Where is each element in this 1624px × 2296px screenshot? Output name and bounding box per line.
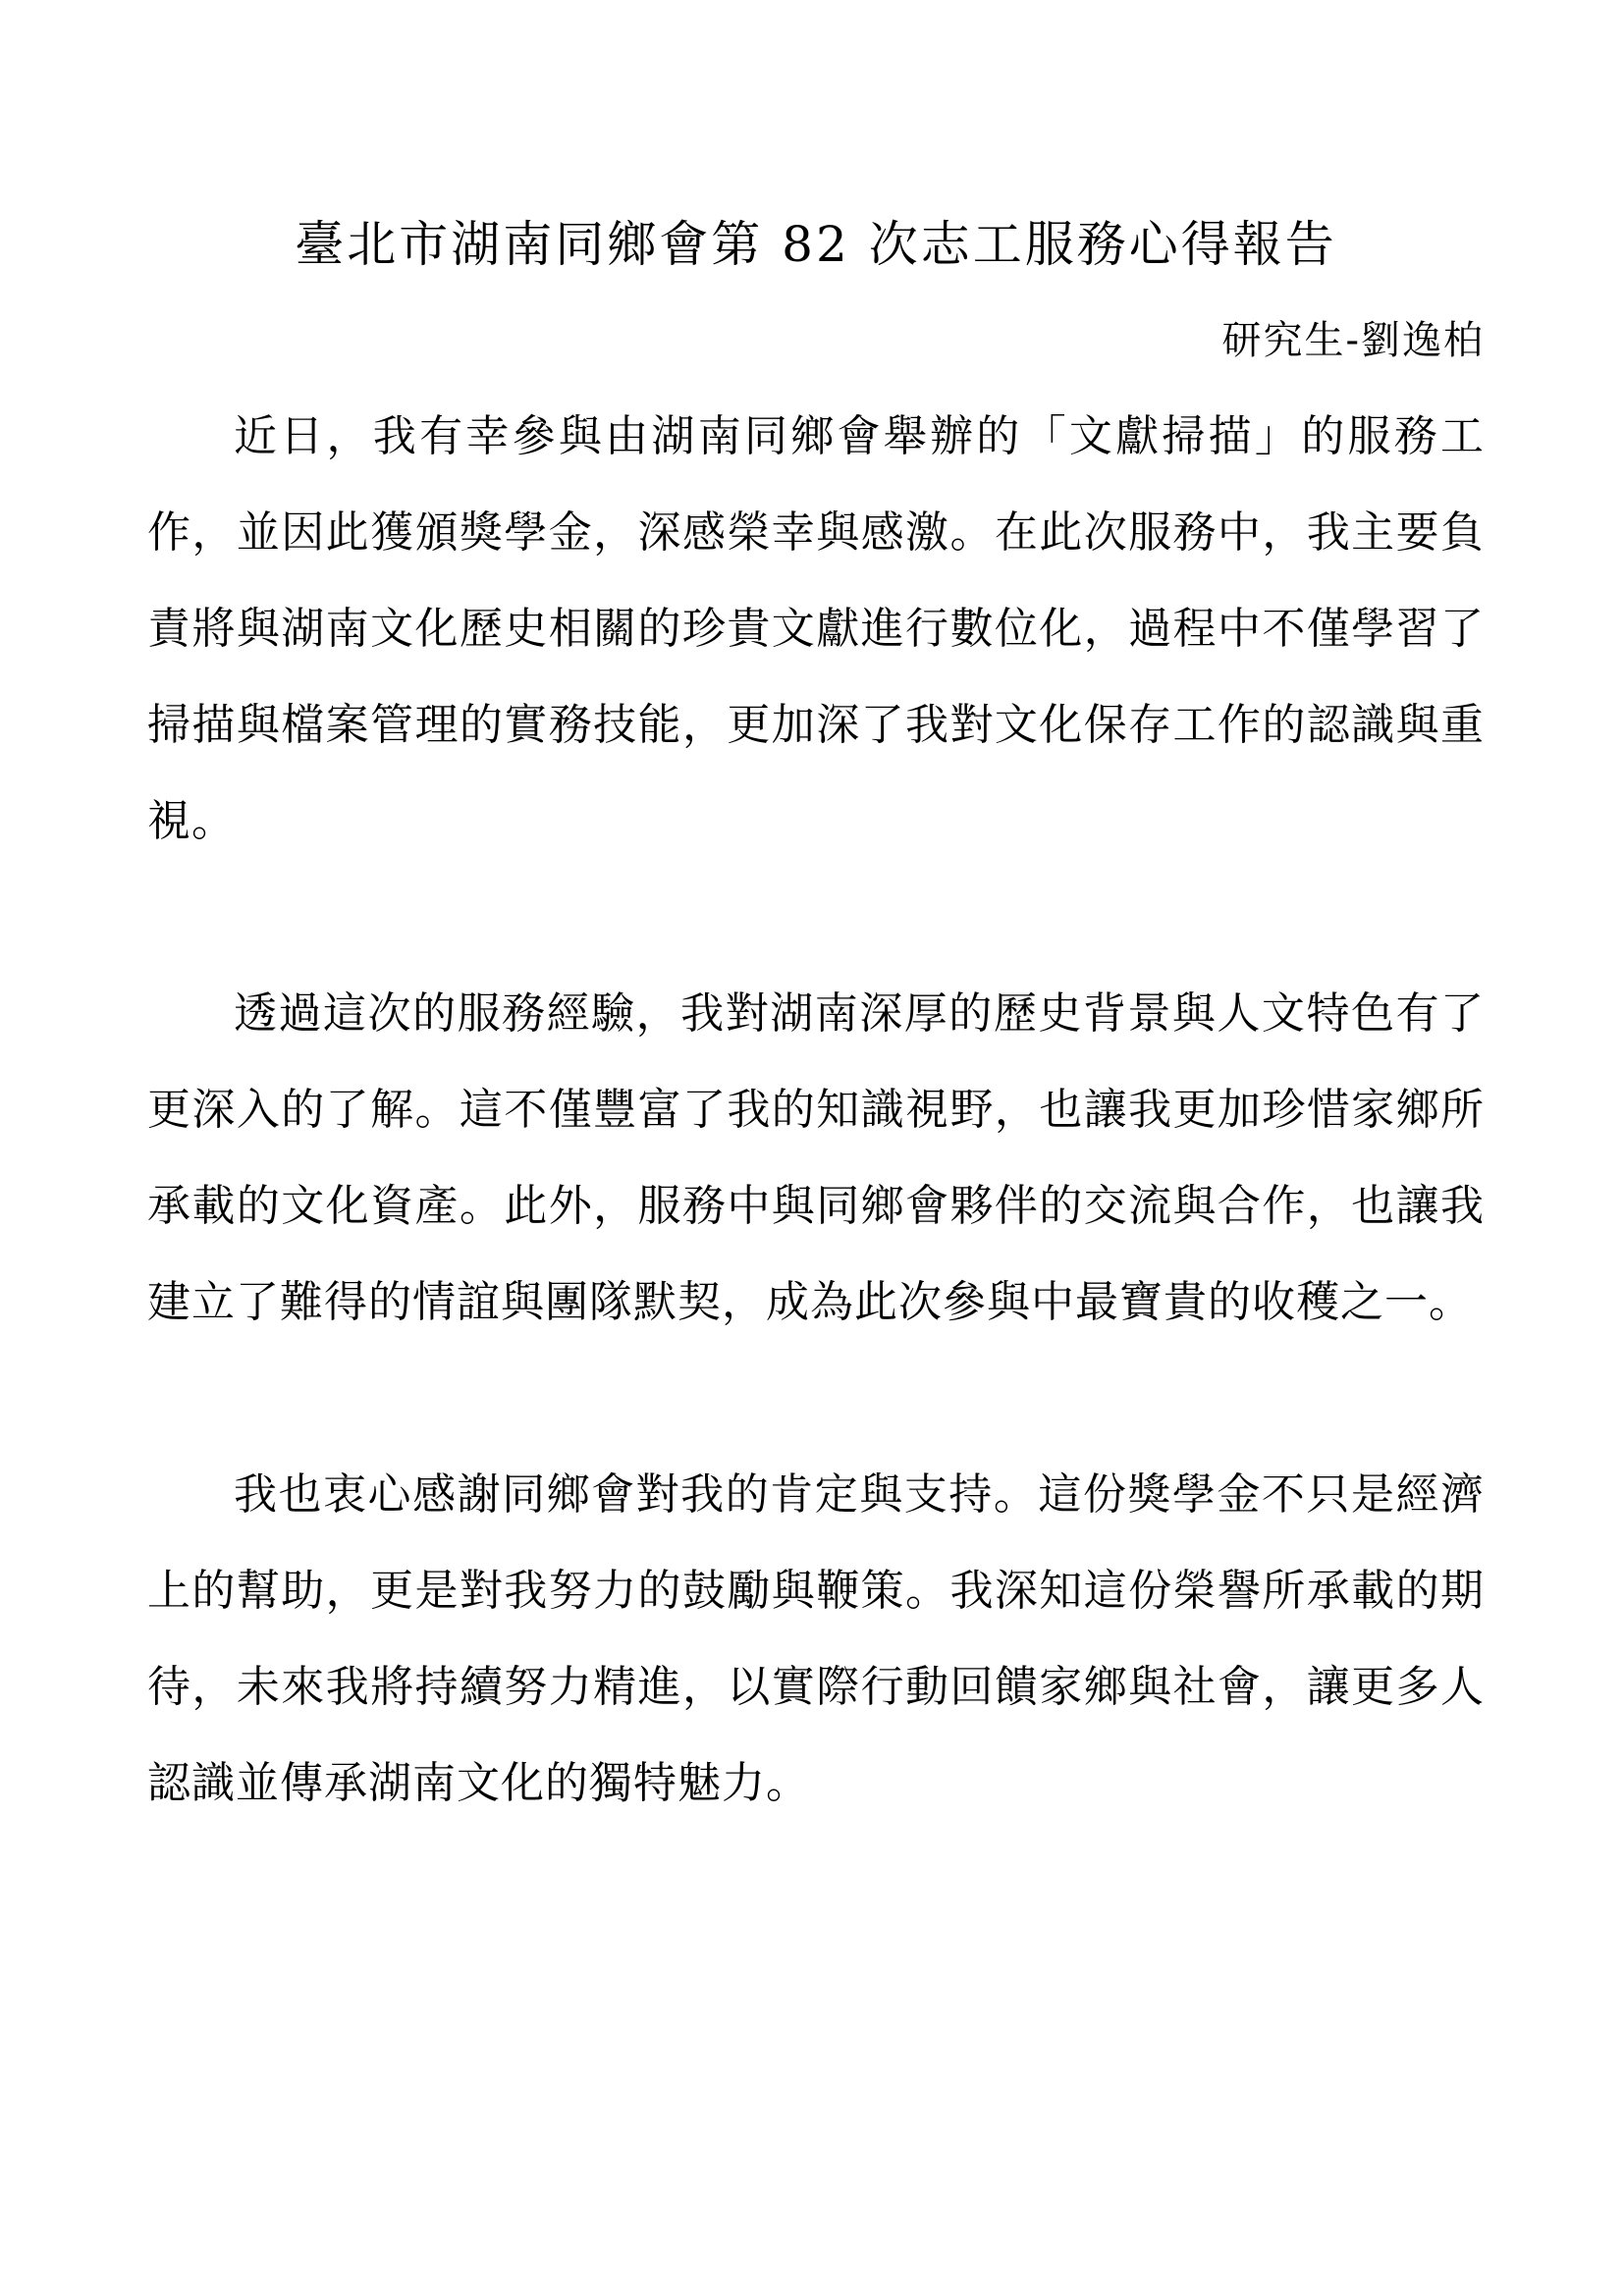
author-byline: 研究生-劉逸柏 — [147, 293, 1485, 389]
document-title: 臺北市湖南同鄉會第 82 次志工服務心得報告 — [147, 196, 1485, 293]
paragraph-2: 透過這次的服務經驗，我對湖南深厚的歷史背景與人文特色有了更深入的了解。這不僅豐富… — [147, 966, 1485, 1351]
paragraph-1: 近日，我有幸參與由湖南同鄉會舉辦的「文獻掃描」的服務工作，並因此獲頒獎學金，深感… — [147, 389, 1485, 870]
document-body: 近日，我有幸參與由湖南同鄉會舉辦的「文獻掃描」的服務工作，並因此獲頒獎學金，深感… — [147, 389, 1485, 1832]
document-page: 臺北市湖南同鄉會第 82 次志工服務心得報告 研究生-劉逸柏 近日，我有幸參與由… — [0, 0, 1624, 2296]
paragraph-3: 我也衷心感謝同鄉會對我的肯定與支持。這份獎學金不只是經濟上的幫助，更是對我努力的… — [147, 1447, 1485, 1832]
